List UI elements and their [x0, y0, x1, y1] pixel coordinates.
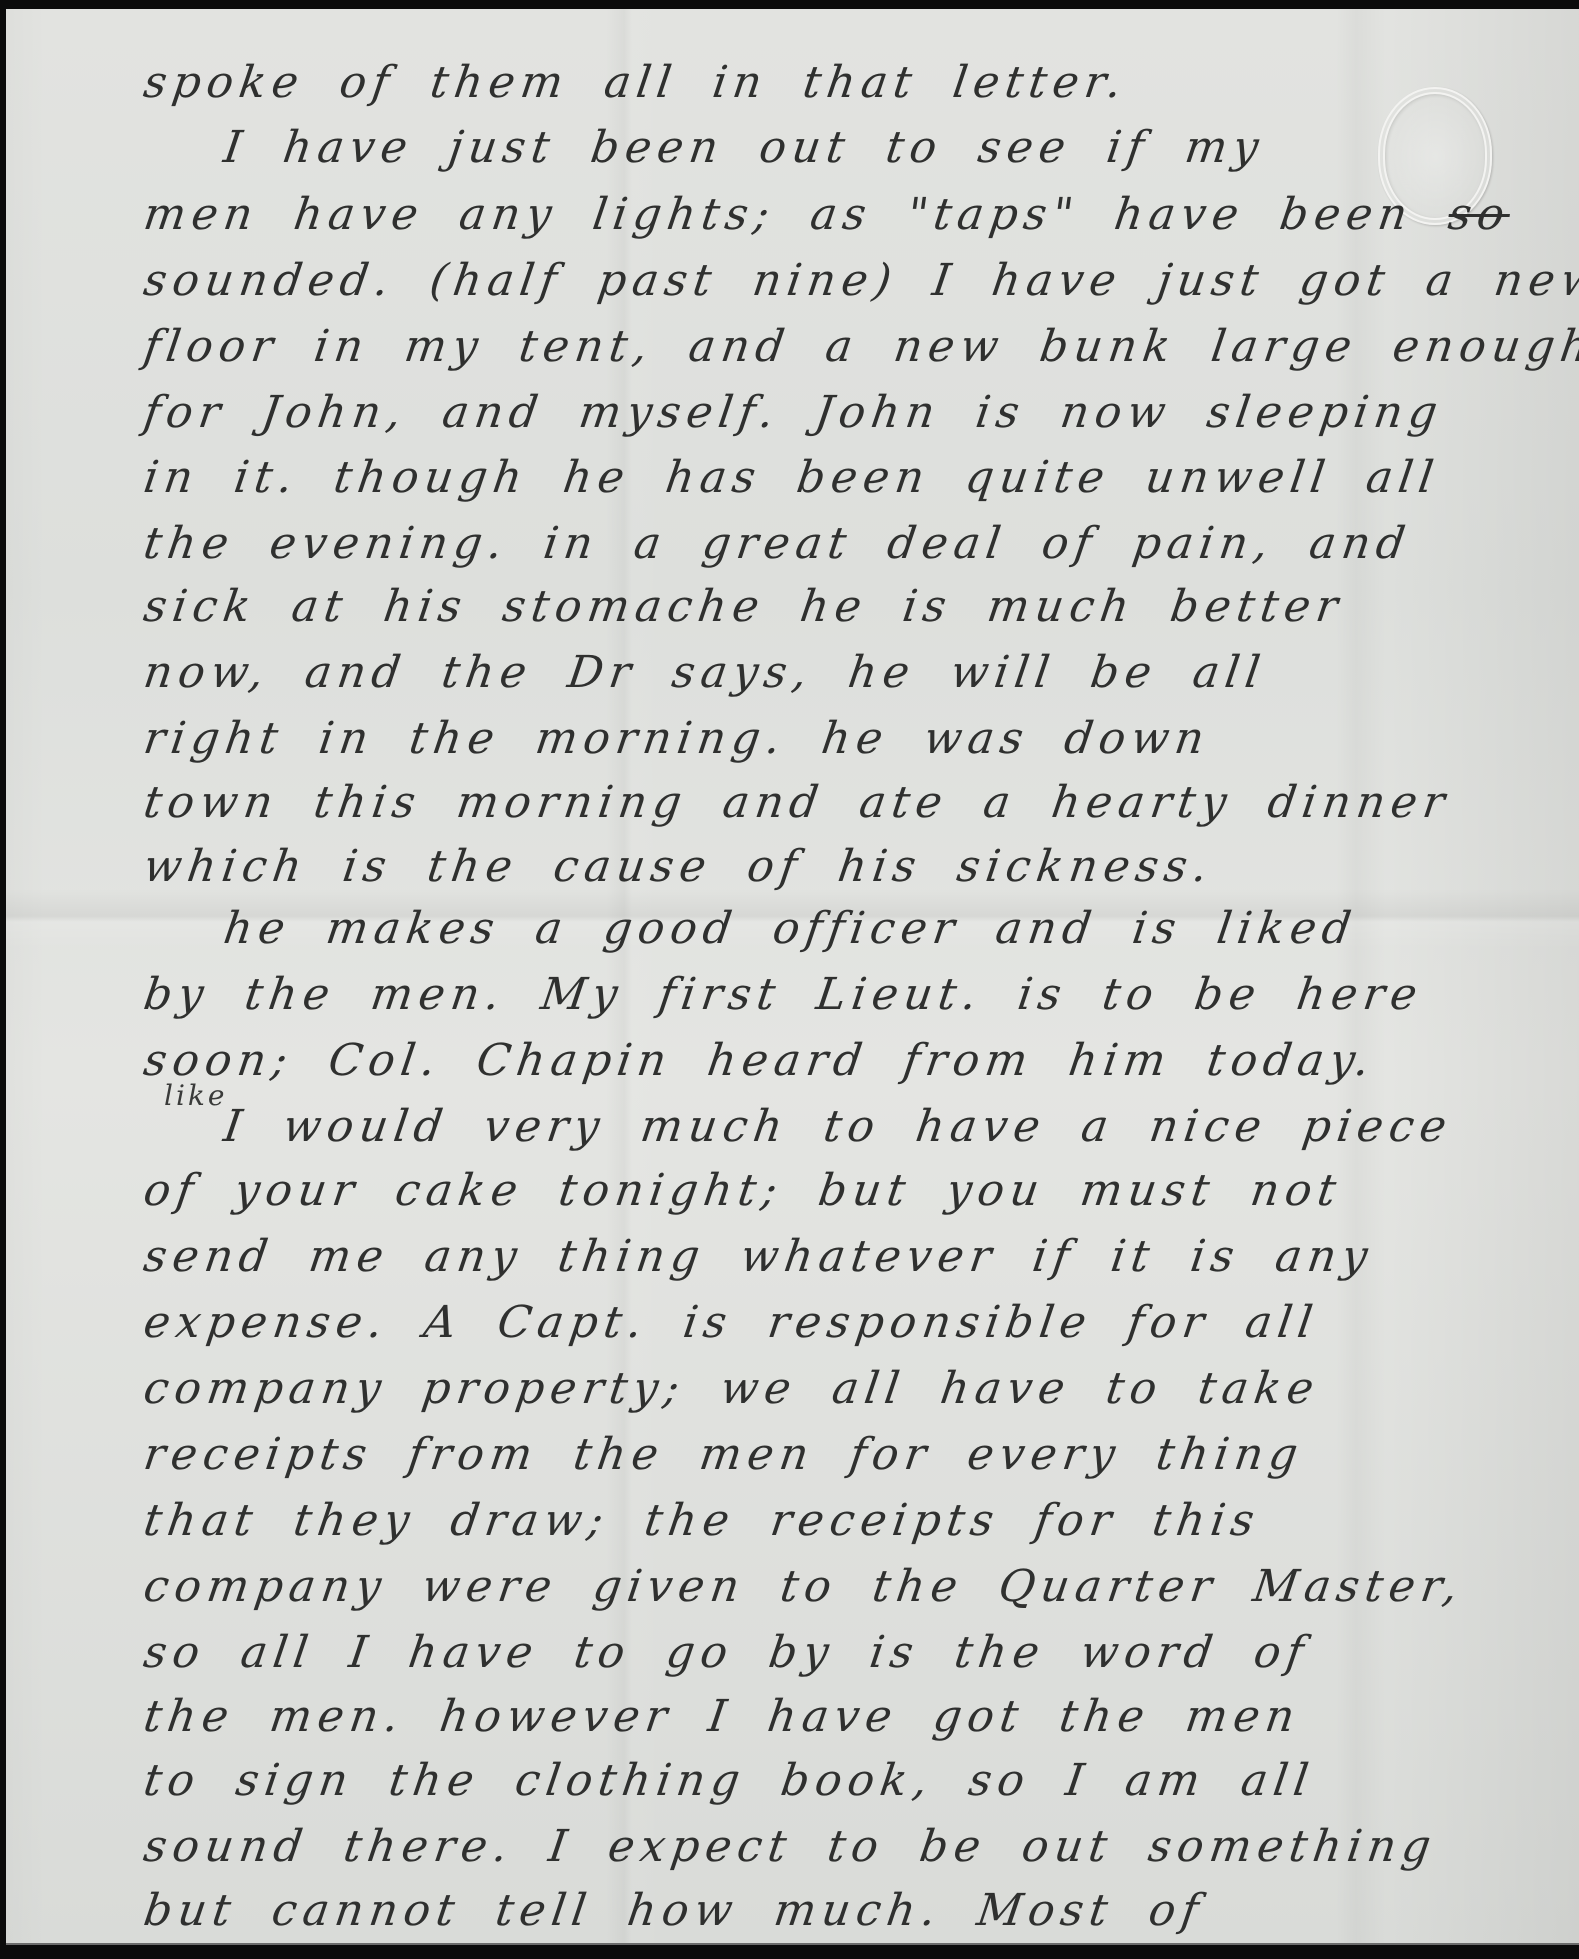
- letter-line: soon; Col. Chapin heard from him today.: [141, 1039, 1378, 1083]
- letter-line: so all I have to go by is the word of: [141, 1631, 1312, 1675]
- letter-line: the men. however I have got the men: [141, 1695, 1303, 1739]
- letter-line: to sign the clothing book, so I am all: [141, 1759, 1317, 1803]
- letter-line: he makes a good officer and is liked: [221, 907, 1359, 951]
- letter-line: the evening. in a great deal of pain, an…: [141, 522, 1414, 566]
- letter-line: sick at his stomache he is much better: [141, 585, 1346, 629]
- letter-line: expense. A Capt. is responsible for all: [141, 1301, 1321, 1345]
- letter-line: company were given to the Quarter Master…: [141, 1565, 1466, 1609]
- letter-line: in it. though he has been quite unwell a…: [141, 456, 1442, 500]
- letter-page: spoke of them all in that letter. I have…: [6, 9, 1579, 1945]
- letter-line: sounded. (half past nine) I have just go…: [141, 259, 1579, 303]
- letter-line: which is the cause of his sickness.: [141, 845, 1216, 889]
- inserted-word: like: [164, 1079, 227, 1112]
- letter-line: I would very much to have a nice piece: [221, 1105, 1455, 1149]
- letter-line: company property; we all have to take: [141, 1367, 1322, 1411]
- letter-line: but cannot tell how much. Most of: [141, 1889, 1207, 1933]
- letter-line: right in the morning. he was down: [141, 717, 1213, 761]
- letter-line: men have any lights; as "taps" have been…: [141, 193, 1513, 237]
- letter-line: spoke of them all in that letter.: [141, 61, 1130, 105]
- letter-line: send me any thing whatever if it is any: [141, 1235, 1376, 1279]
- letter-line: for John, and myself. John is now sleepi…: [141, 391, 1446, 435]
- struck-word: so: [1445, 189, 1513, 240]
- letter-line: now, and the Dr says, he will be all: [141, 651, 1269, 695]
- letter-line: receipts from the men for every thing: [141, 1433, 1306, 1477]
- letter-line: town this morning and ate a hearty dinne…: [141, 781, 1453, 825]
- letter-line: sound there. I expect to be out somethin…: [141, 1825, 1439, 1869]
- letter-line: that they draw; the receipts for this: [141, 1499, 1263, 1543]
- letter-line: I have just been out to see if my: [221, 126, 1267, 170]
- letter-line: of your cake tonight; but you must not: [141, 1169, 1344, 1213]
- letter-line-text: men have any lights; as "taps" have been: [141, 189, 1417, 240]
- handwritten-text: spoke of them all in that letter. I have…: [6, 9, 1579, 1943]
- letter-line: floor in my tent, and a new bunk large e…: [141, 325, 1579, 369]
- letter-line: by the men. My first Lieut. is to be her…: [141, 973, 1426, 1017]
